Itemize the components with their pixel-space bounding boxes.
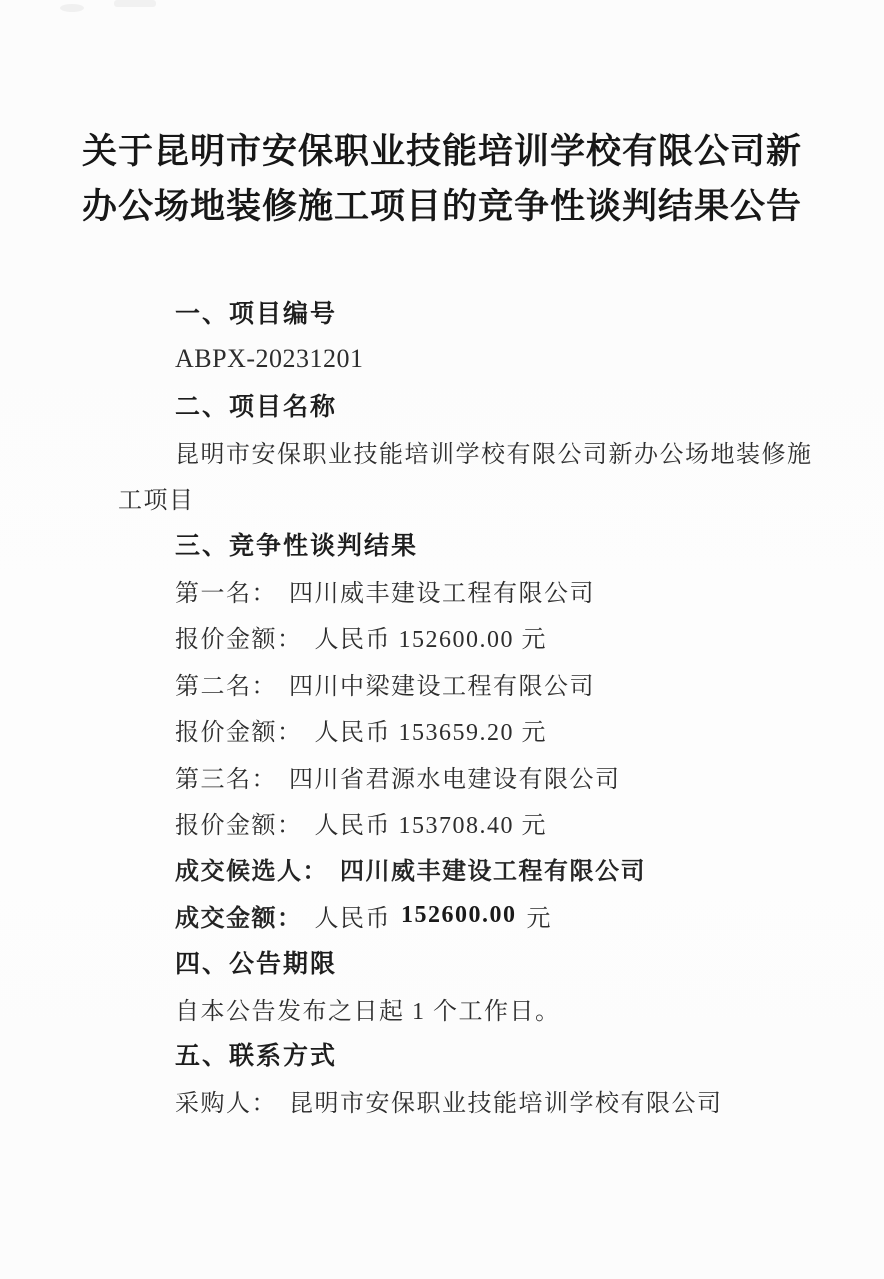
price-value: 人民币 153659.20 元	[315, 712, 548, 747]
section-heading-contact: 五、联系方式	[118, 1031, 814, 1077]
ranking-first-line: 第一名： 四川威丰建设工程有限公司	[118, 567, 814, 613]
document-title: 关于昆明市安保职业技能培训学校有限公司新 办公场地装修施工项目的竞争性谈判结果公…	[50, 124, 834, 234]
price-value: 人民币 153708.40 元	[315, 805, 548, 840]
rank-company: 四川中梁建设工程有限公司	[289, 666, 595, 701]
rank-label: 第三名：	[175, 759, 277, 794]
deal-currency: 人民币	[315, 898, 392, 933]
rank-label: 第二名：	[175, 666, 277, 701]
buyer-name: 昆明市安保职业技能培训学校有限公司	[289, 1083, 723, 1118]
price-third-line: 报价金额： 人民币 153708.40 元	[118, 799, 814, 845]
section-heading-project-name: 二、项目名称	[118, 382, 814, 428]
project-name-line1: 昆明市安保职业技能培训学校有限公司新办公场地装修施	[118, 428, 814, 474]
winner-label: 成交候选人：	[175, 851, 328, 886]
deal-amount-label: 成交金额：	[175, 898, 303, 933]
price-value: 人民币 152600.00 元	[315, 619, 548, 654]
price-label: 报价金额：	[175, 712, 303, 747]
scanned-document-page: 关于昆明市安保职业技能培训学校有限公司新 办公场地装修施工项目的竞争性谈判结果公…	[0, 0, 884, 1279]
deal-amount-value: 152600.00	[401, 902, 517, 929]
project-code: ABPX-20231201	[118, 335, 814, 381]
rank-label: 第一名：	[175, 573, 277, 608]
section-heading-project-number: 一、项目编号	[118, 289, 814, 335]
scan-artifact	[60, 4, 84, 12]
buyer-line: 采购人： 昆明市安保职业技能培训学校有限公司	[118, 1078, 814, 1124]
project-name-line2: 工项目	[118, 475, 814, 521]
deal-amount-line: 成交金额： 人民币 152600.00 元	[118, 892, 814, 938]
winner-line: 成交候选人： 四川威丰建设工程有限公司	[118, 846, 814, 892]
section-heading-notice-period: 四、公告期限	[118, 938, 814, 984]
document-body: 一、项目编号 ABPX-20231201 二、项目名称 昆明市安保职业技能培训学…	[118, 289, 814, 1124]
ranking-third-line: 第三名： 四川省君源水电建设有限公司	[118, 753, 814, 799]
price-first-line: 报价金额： 人民币 152600.00 元	[118, 614, 814, 660]
deal-unit: 元	[527, 898, 553, 933]
winner-company: 四川威丰建设工程有限公司	[340, 851, 646, 886]
rank-company: 四川省君源水电建设有限公司	[289, 759, 621, 794]
price-second-line: 报价金额： 人民币 153659.20 元	[118, 707, 814, 753]
section-heading-negotiation-result: 三、竞争性谈判结果	[118, 521, 814, 567]
scan-artifact	[114, 0, 156, 7]
document-title-line1: 关于昆明市安保职业技能培训学校有限公司新	[50, 124, 834, 179]
price-label: 报价金额：	[175, 805, 303, 840]
rank-company: 四川威丰建设工程有限公司	[289, 573, 595, 608]
document-title-line2: 办公场地装修施工项目的竞争性谈判结果公告	[50, 179, 834, 234]
notice-period-line: 自本公告发布之日起 1 个工作日。	[118, 985, 814, 1031]
ranking-second-line: 第二名： 四川中梁建设工程有限公司	[118, 660, 814, 706]
price-label: 报价金额：	[175, 619, 303, 654]
buyer-label: 采购人：	[175, 1083, 277, 1118]
